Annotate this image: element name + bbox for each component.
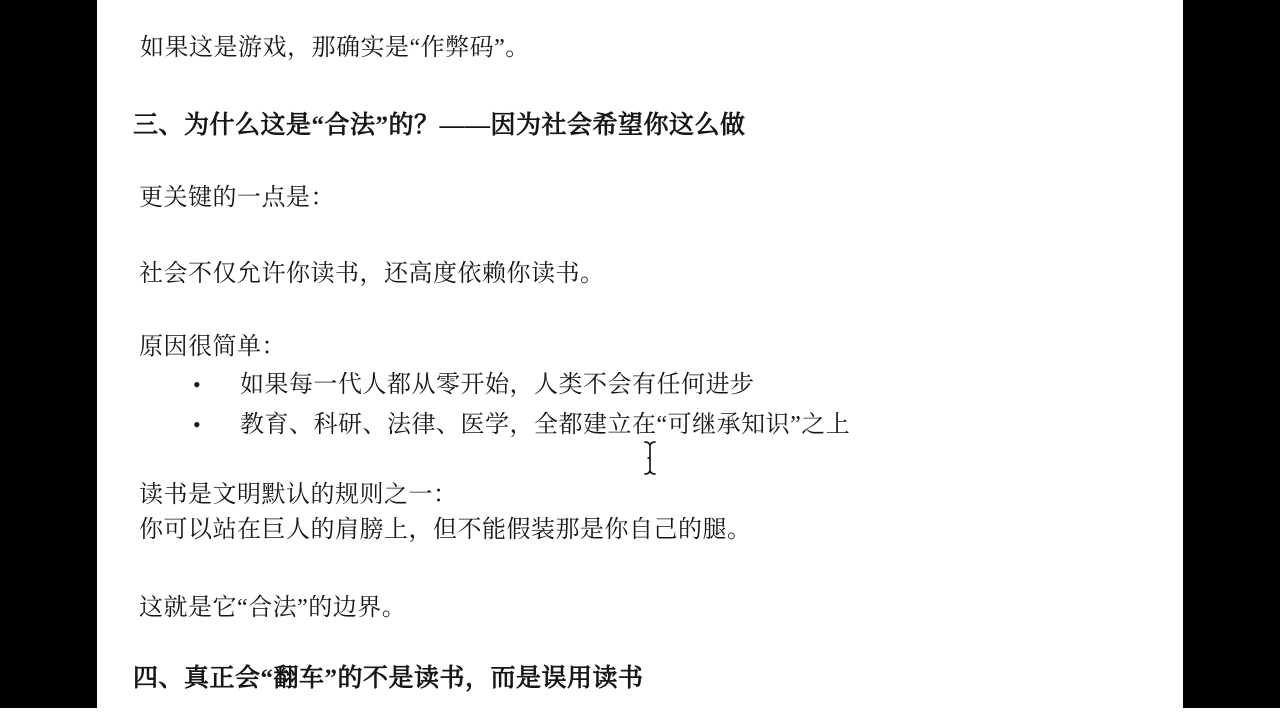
paragraph-key-point: 更关键的一点是：: [139, 185, 335, 213]
bullet-icon: •: [193, 412, 201, 437]
paragraph-reason: 原因很简单：: [139, 334, 286, 362]
list-item-text: 如果每一代人都从零开始，人类不会有任何进步: [240, 372, 755, 400]
paragraph-society: 社会不仅允许你读书，还高度依赖你读书。: [139, 261, 605, 289]
paragraph-intro: 如果这是游戏，那确实是“作弊码”。: [140, 35, 530, 63]
right-pillarbox-bar: [1183, 0, 1280, 708]
section-heading-4: 四、真正会“翻车”的不是读书，而是误用读书: [133, 665, 644, 694]
list-item: • 教育、科研、法律、医学，全都建立在“可继承知识”之上: [193, 412, 953, 440]
list-item-text: 教育、科研、法律、医学，全都建立在“可继承知识”之上: [240, 412, 850, 440]
paragraph-boundary: 这就是它“合法”的边界。: [139, 595, 406, 623]
bullet-icon: •: [193, 372, 201, 397]
paragraph-giants: 你可以站在巨人的肩膀上，但不能假装那是你自己的腿。: [139, 517, 752, 545]
video-document-frame: 如果这是游戏，那确实是“作弊码”。 三、为什么这是“合法”的？——因为社会希望你…: [0, 0, 1280, 720]
list-item: • 如果每一代人都从零开始，人类不会有任何进步: [193, 372, 893, 400]
paragraph-rule: 读书是文明默认的规则之一：: [139, 482, 458, 510]
section-heading-3: 三、为什么这是“合法”的？——因为社会希望你这么做: [133, 112, 746, 141]
text-ibeam-cursor: [641, 440, 659, 476]
left-pillarbox-bar: [0, 0, 97, 708]
